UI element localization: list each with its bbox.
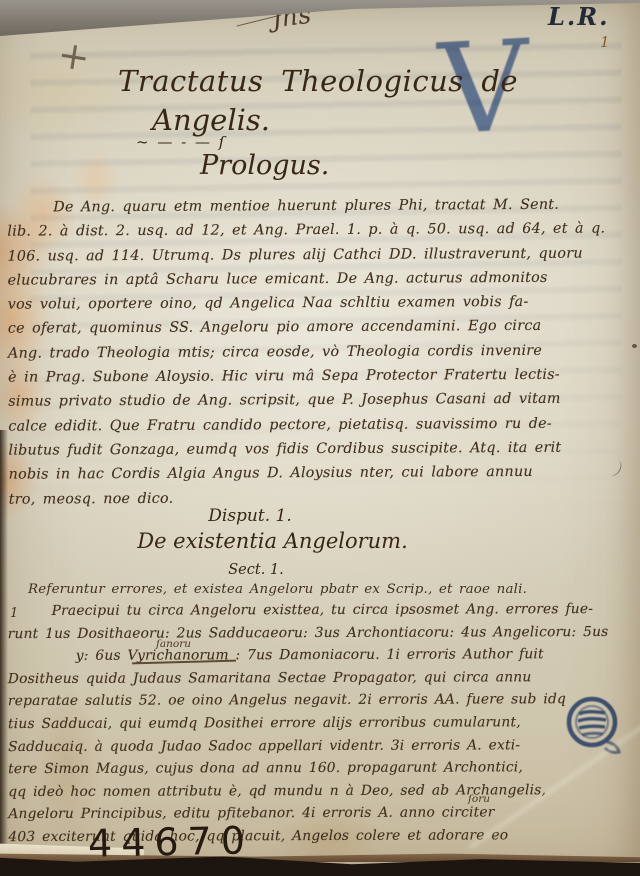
manuscript-line: reparatae salutis 52. oe oino Angelus ne… — [8, 691, 636, 716]
manuscript-line: tius Sadducai, qui eumdq Dosithei errore… — [8, 714, 636, 739]
title-flourish: ~ — - — ſ — [136, 133, 226, 151]
manuscript-line: nobis in hac Cordis Algia Angus D. Aloys… — [9, 464, 637, 492]
interlinear-insertion: ſoru — [468, 793, 490, 805]
manuscript-line: tere Simon Magus, cujus dona ad annu 160… — [8, 759, 636, 784]
treatise-title-line1: Tractatus Theologicus de — [118, 64, 518, 98]
prologue-paragraph: De Ang. quaru etm mentioe huerunt plures… — [7, 196, 637, 515]
manuscript-line: runt 1us Dosithaeoru: 2us Sadducaeoru: 3… — [8, 623, 636, 648]
manuscript-line: simus privato studio de Ang. scripsit, q… — [8, 391, 636, 419]
manuscript-line: De Ang. quaru etm mentioe huerunt plures… — [7, 196, 635, 224]
disputatio-title: De existentia Angelorum. — [0, 529, 545, 553]
section-heading: Sect. 1. — [0, 562, 512, 578]
page-number: 1 — [600, 33, 610, 51]
manuscript-line: libutus fudit Gonzaga, eumdq vos fidis C… — [8, 439, 636, 467]
manuscript-line: Ang. trado Theologia mtis; circa eosde, … — [8, 342, 636, 370]
manuscript-line: y: 6us Vyrichanorum : 7us Damoniacoru. 1… — [8, 646, 636, 671]
manuscript-line: vos volui, oportere oino, qd Angelica Na… — [8, 294, 636, 322]
library-stamp-icon — [565, 694, 623, 760]
interlinear-insertion: ſanoru — [156, 638, 191, 650]
ink-speck — [632, 344, 637, 348]
page-left-edge-shadow — [0, 430, 8, 876]
manuscript-line: è in Prag. Subone Aloysio. Hic viru mâ S… — [8, 366, 636, 394]
manuscript-line: elucubrares in aptâ Scharu luce emicant.… — [8, 269, 636, 297]
manuscript-line: Sadducaiq. à quoda Judao Sadoc appellari… — [8, 736, 636, 761]
manuscript-line: 106. usq. ad 114. Utrumq. Ds plures alij… — [7, 245, 635, 273]
treatise-title-line2: Angelis. — [152, 103, 270, 137]
manuscript-line: ce oferat, quominus SS. Angeloru pio amo… — [8, 318, 636, 346]
prologue-heading: Prologus. — [200, 150, 329, 181]
manuscript-line: Dositheus quida Judaus Samaritana Sectae… — [8, 669, 636, 694]
section-argument: Referuntur errores, et existea Angeloru … — [28, 582, 527, 597]
manuscript-photo: ertia. + Jhs L.R. 1 V Tractatus Theologi… — [0, 0, 640, 876]
owner-initials: L.R. — [548, 2, 610, 31]
manuscript-line: Praecipui tu circa Angeloru existtea, tu… — [8, 601, 636, 626]
manuscript-line: lib. 2. à dist. 2. usq. ad 12, et Ang. P… — [7, 221, 635, 249]
manuscript-line: calce edidit. Que Fratru candido pectore… — [8, 415, 636, 443]
disputatio-heading: Disput. 1. — [0, 506, 500, 526]
manuscript-page: ertia. + Jhs L.R. 1 V Tractatus Theologi… — [0, 0, 640, 876]
cross-mark: + — [55, 32, 93, 80]
section-paragraph: Praecipui tu circa Angeloru existtea, tu… — [8, 601, 637, 852]
